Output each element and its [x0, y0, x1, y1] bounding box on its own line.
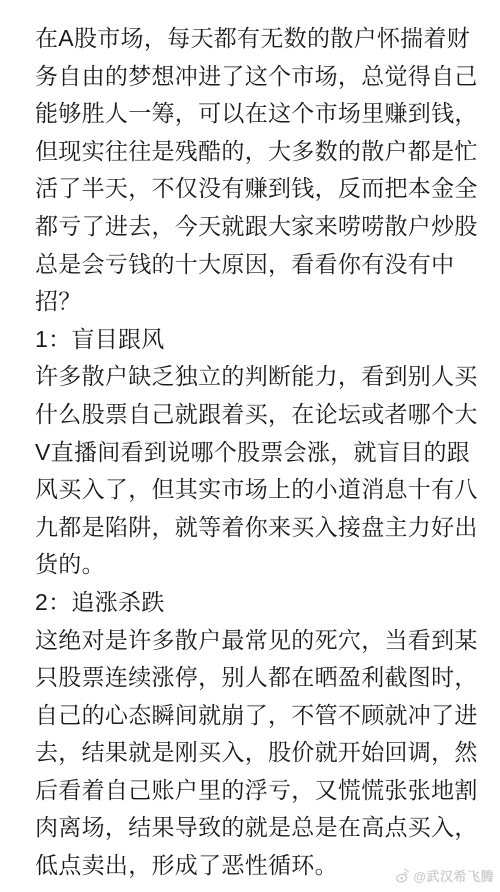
text-line: 自己的心态瞬间就崩了，不管不顾就冲了进 [35, 697, 472, 735]
watermark-text: @武汉希飞腾 [413, 866, 494, 885]
text-line: 货的。 [35, 546, 472, 584]
text-line: 能够胜人一筹，可以在这个市场里赚到钱， [35, 95, 472, 133]
text-line: 九都是陷阱，就等着你来买入接盘主力好出 [35, 509, 472, 547]
text-line: 务自由的梦想冲进了这个市场，总觉得自己 [35, 58, 472, 96]
text-line: 去，结果就是刚买入，股价就开始回调，然 [35, 734, 472, 772]
text-line: 1：盲目跟风 [35, 321, 472, 359]
text-line: 但现实往往是残酷的，大多数的散户都是忙 [35, 133, 472, 171]
text-line: 许多散户缺乏独立的判断能力，看到别人买 [35, 358, 472, 396]
text-line: 活了半天，不仅没有赚到钱，反而把本金全 [35, 170, 472, 208]
text-line: 招？ [35, 283, 472, 321]
text-line: 肉离场，结果导致的就是总是在高点买入， [35, 809, 472, 847]
text-line: 在A股市场，每天都有无数的散户怀揣着财 [35, 20, 472, 58]
text-line: 后看着自己账户里的浮亏，又慌慌张张地割 [35, 772, 472, 810]
text-line: 这绝对是许多散户最常见的死穴，当看到某 [35, 622, 472, 660]
watermark: @武汉希飞腾 [395, 866, 494, 885]
text-line: 只股票连续涨停，别人都在晒盈利截图时， [35, 659, 472, 697]
article-body: 在A股市场，每天都有无数的散户怀揣着财务自由的梦想冲进了这个市场，总觉得自己能够… [0, 0, 500, 885]
text-line: 什么股票自己就跟着买，在论坛或者哪个大 [35, 396, 472, 434]
text-line: 都亏了进去，今天就跟大家来唠唠散户炒股 [35, 208, 472, 246]
weibo-logo-icon [394, 867, 412, 884]
text-line: 2：追涨杀跌 [35, 584, 472, 622]
text-line: V直播间看到说哪个股票会涨，就盲目的跟 [35, 434, 472, 472]
text-line: 总是会亏钱的十大原因，看看你有没有中 [35, 246, 472, 284]
text-line: 风买入了，但其实市场上的小道消息十有八 [35, 471, 472, 509]
